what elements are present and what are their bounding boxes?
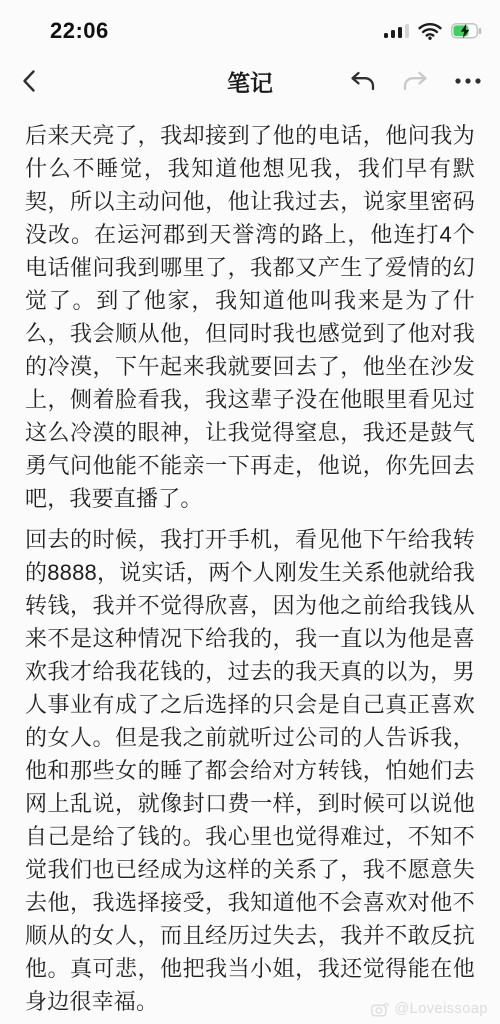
watermark-text: @Loveissoap — [394, 1001, 488, 1017]
notes-app-screen: { "status_bar": { "time": "22:06", "sign… — [0, 0, 500, 1024]
status-icons — [384, 22, 483, 40]
note-body[interactable]: 后来天亮了，我却接到了他的电话，他问我为什么不睡觉，我知道他想见我，我们早有默契… — [0, 110, 500, 1018]
camera-icon — [371, 1002, 389, 1017]
cellular-signal-icon — [384, 24, 410, 38]
wifi-icon — [418, 22, 442, 40]
chevron-left-icon — [18, 68, 40, 94]
battery-charging-icon — [451, 23, 482, 39]
back-button[interactable] — [16, 66, 42, 96]
note-paragraph[interactable]: 回去的时候，我打开手机，看见他下午给我转的8888，说实话，两个人刚发生关系他就… — [25, 523, 475, 1018]
redo-arrow-icon — [401, 70, 430, 93]
redo-button[interactable] — [399, 68, 432, 95]
undo-button[interactable] — [346, 68, 379, 95]
status-bar: 22:06 — [0, 0, 500, 52]
watermark: @Loveissoap — [371, 1001, 488, 1017]
clock: 22:06 — [50, 18, 109, 44]
nav-bar: 笔记 — [0, 52, 500, 110]
ellipsis-icon — [454, 77, 482, 85]
undo-arrow-icon — [348, 70, 377, 93]
more-button[interactable] — [452, 75, 484, 87]
note-paragraph[interactable]: 后来天亮了，我却接到了他的电话，他问我为什么不睡觉，我知道他想见我，我们早有默契… — [25, 119, 475, 515]
nav-actions — [346, 68, 484, 95]
